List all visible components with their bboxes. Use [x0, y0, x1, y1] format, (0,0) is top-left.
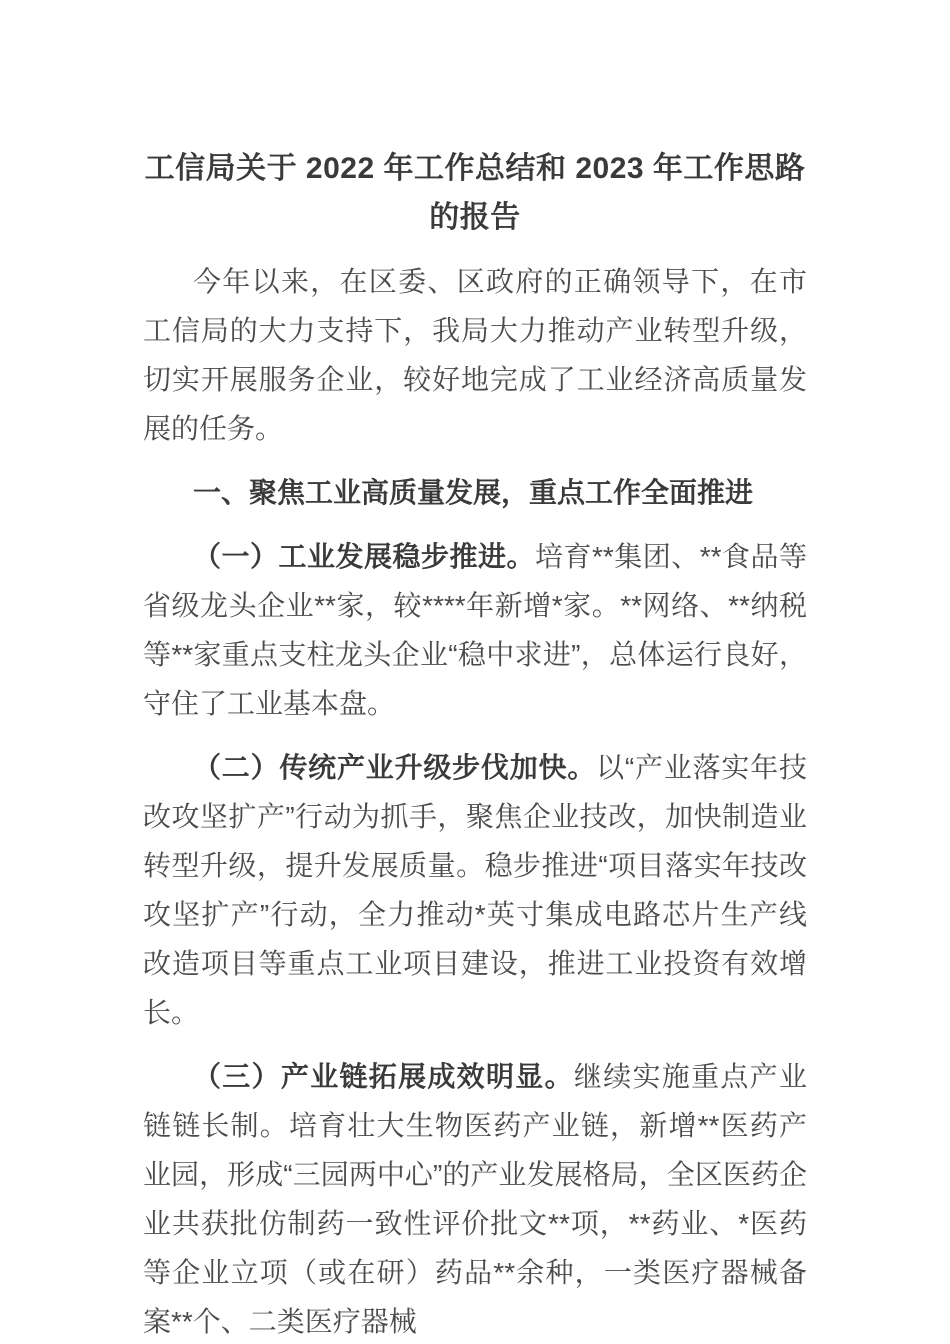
intro-paragraph: 今年以来，在区委、区政府的正确领导下，在市工信局的大力支持下，我局大力推动产业转…: [143, 257, 807, 453]
subsection-2-lead: （二）传统产业升级步伐加快。: [193, 752, 596, 783]
subsection-2-paragraph: （二）传统产业升级步伐加快。以“产业落实年技改攻坚扩产”行动为抓手，聚焦企业技改…: [143, 743, 807, 1037]
subsection-3-lead: （三）产业链拓展成效明显。: [193, 1061, 574, 1092]
document-page: 工信局关于 2022 年工作总结和 2023 年工作思路的报告 今年以来，在区委…: [0, 0, 950, 1344]
subsection-1-lead: （一）工业发展稳步推进。: [193, 541, 535, 572]
subsection-2-body: 以“产业落实年技改攻坚扩产”行动为抓手，聚焦企业技改，加快制造业转型升级，提升发…: [143, 752, 807, 1028]
subsection-1-paragraph: （一）工业发展稳步推进。培育**集团、**食品等省级龙头企业**家，较****年…: [143, 532, 807, 728]
subsection-3-body: 继续实施重点产业链链长制。培育壮大生物医药产业链，新增**医药产业园，形成“三园…: [143, 1061, 807, 1337]
section-heading: 一、聚焦工业高质量发展，重点工作全面推进: [143, 468, 807, 517]
document-title: 工信局关于 2022 年工作总结和 2023 年工作思路的报告: [143, 144, 807, 242]
subsection-3-paragraph: （三）产业链拓展成效明显。继续实施重点产业链链长制。培育壮大生物医药产业链，新增…: [143, 1052, 807, 1344]
